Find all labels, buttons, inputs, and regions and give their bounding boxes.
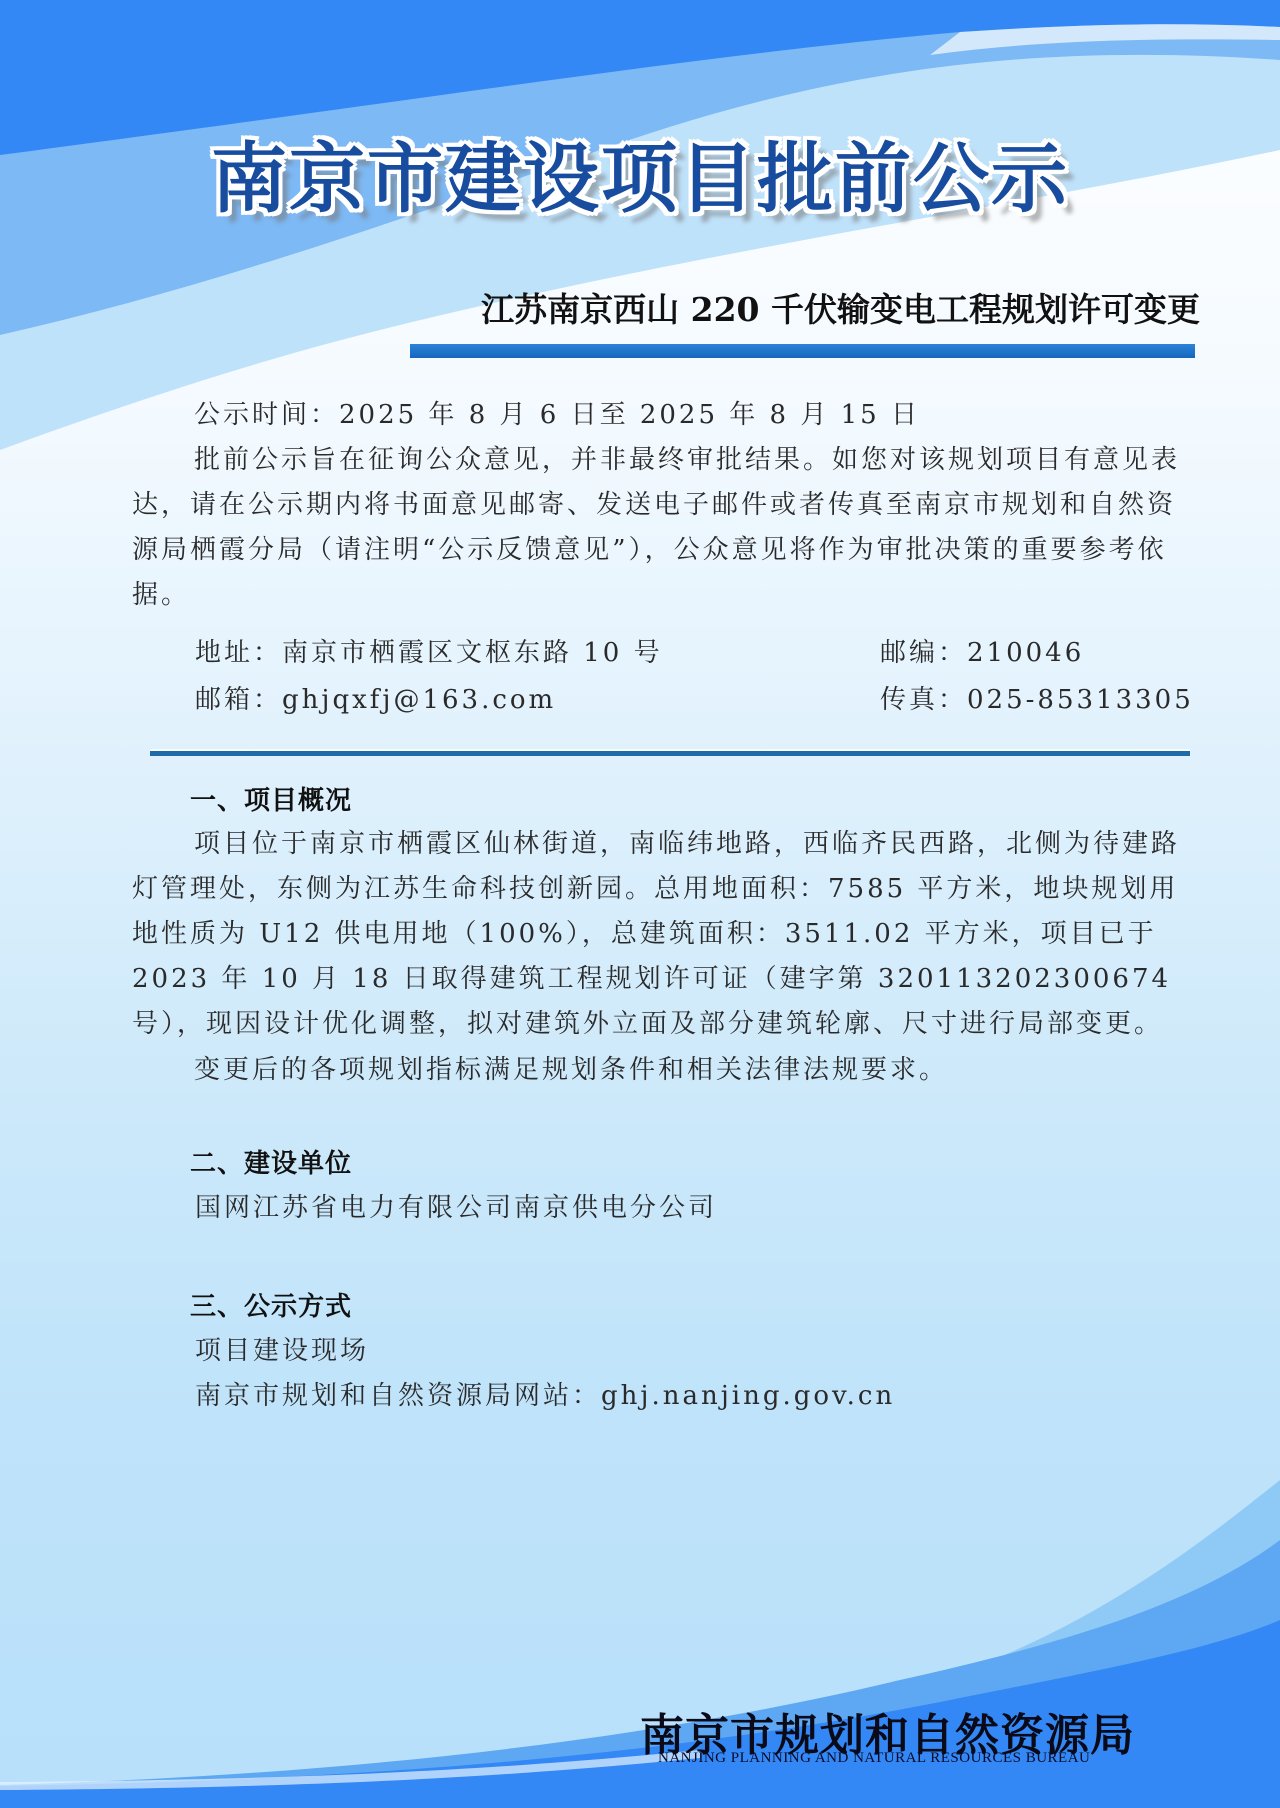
method-site: 项目建设现场 bbox=[195, 1329, 1255, 1374]
builder-name: 国网江苏省电力有限公司南京供电分公司 bbox=[195, 1186, 1255, 1231]
notice-intro: 批前公示旨在征询公众意见，并非最终审批结果。如您对该规划项目有意见表达，请在公示… bbox=[132, 438, 1192, 618]
section-heading-builder: 二、建设单位 bbox=[190, 1143, 352, 1180]
postcode-text: 邮编：210046 bbox=[880, 631, 1084, 676]
section-divider bbox=[150, 751, 1190, 756]
section-heading-overview: 一、项目概况 bbox=[190, 780, 352, 817]
address-text: 地址：南京市栖霞区文枢东路 10 号 bbox=[195, 631, 663, 676]
overview-conclusion: 变更后的各项规划指标满足规划条件和相关法律法规要求。 bbox=[132, 1048, 1192, 1093]
notice-period: 公示时间：2025 年 8 月 6 日至 2025 年 8 月 15 日 bbox=[132, 393, 1192, 438]
overview-paragraph: 项目位于南京市栖霞区仙林街道，南临纬地路，西临齐民西路，北侧为待建路灯管理处，东… bbox=[132, 822, 1192, 1047]
contact-row-1: 地址：南京市栖霞区文枢东路 10 号 邮编：210046 bbox=[195, 631, 1195, 676]
footer-org-name-en: NANJING PLANNING AND NATURAL RESOURCES B… bbox=[658, 1750, 1218, 1767]
email-text[interactable]: 邮箱：ghjqxfj@163.com bbox=[195, 678, 556, 723]
fax-text: 传真：025-85313305 bbox=[880, 678, 1194, 723]
method-website[interactable]: 南京市规划和自然资源局网站：ghj.nanjing.gov.cn bbox=[195, 1374, 1255, 1419]
contact-row-2: 邮箱：ghjqxfj@163.com 传真：025-85313305 bbox=[195, 678, 1195, 723]
notice-body: 公示时间：2025 年 8 月 6 日至 2025 年 8 月 15 日 批前公… bbox=[0, 0, 1280, 1808]
section-heading-method: 三、公示方式 bbox=[190, 1286, 352, 1323]
